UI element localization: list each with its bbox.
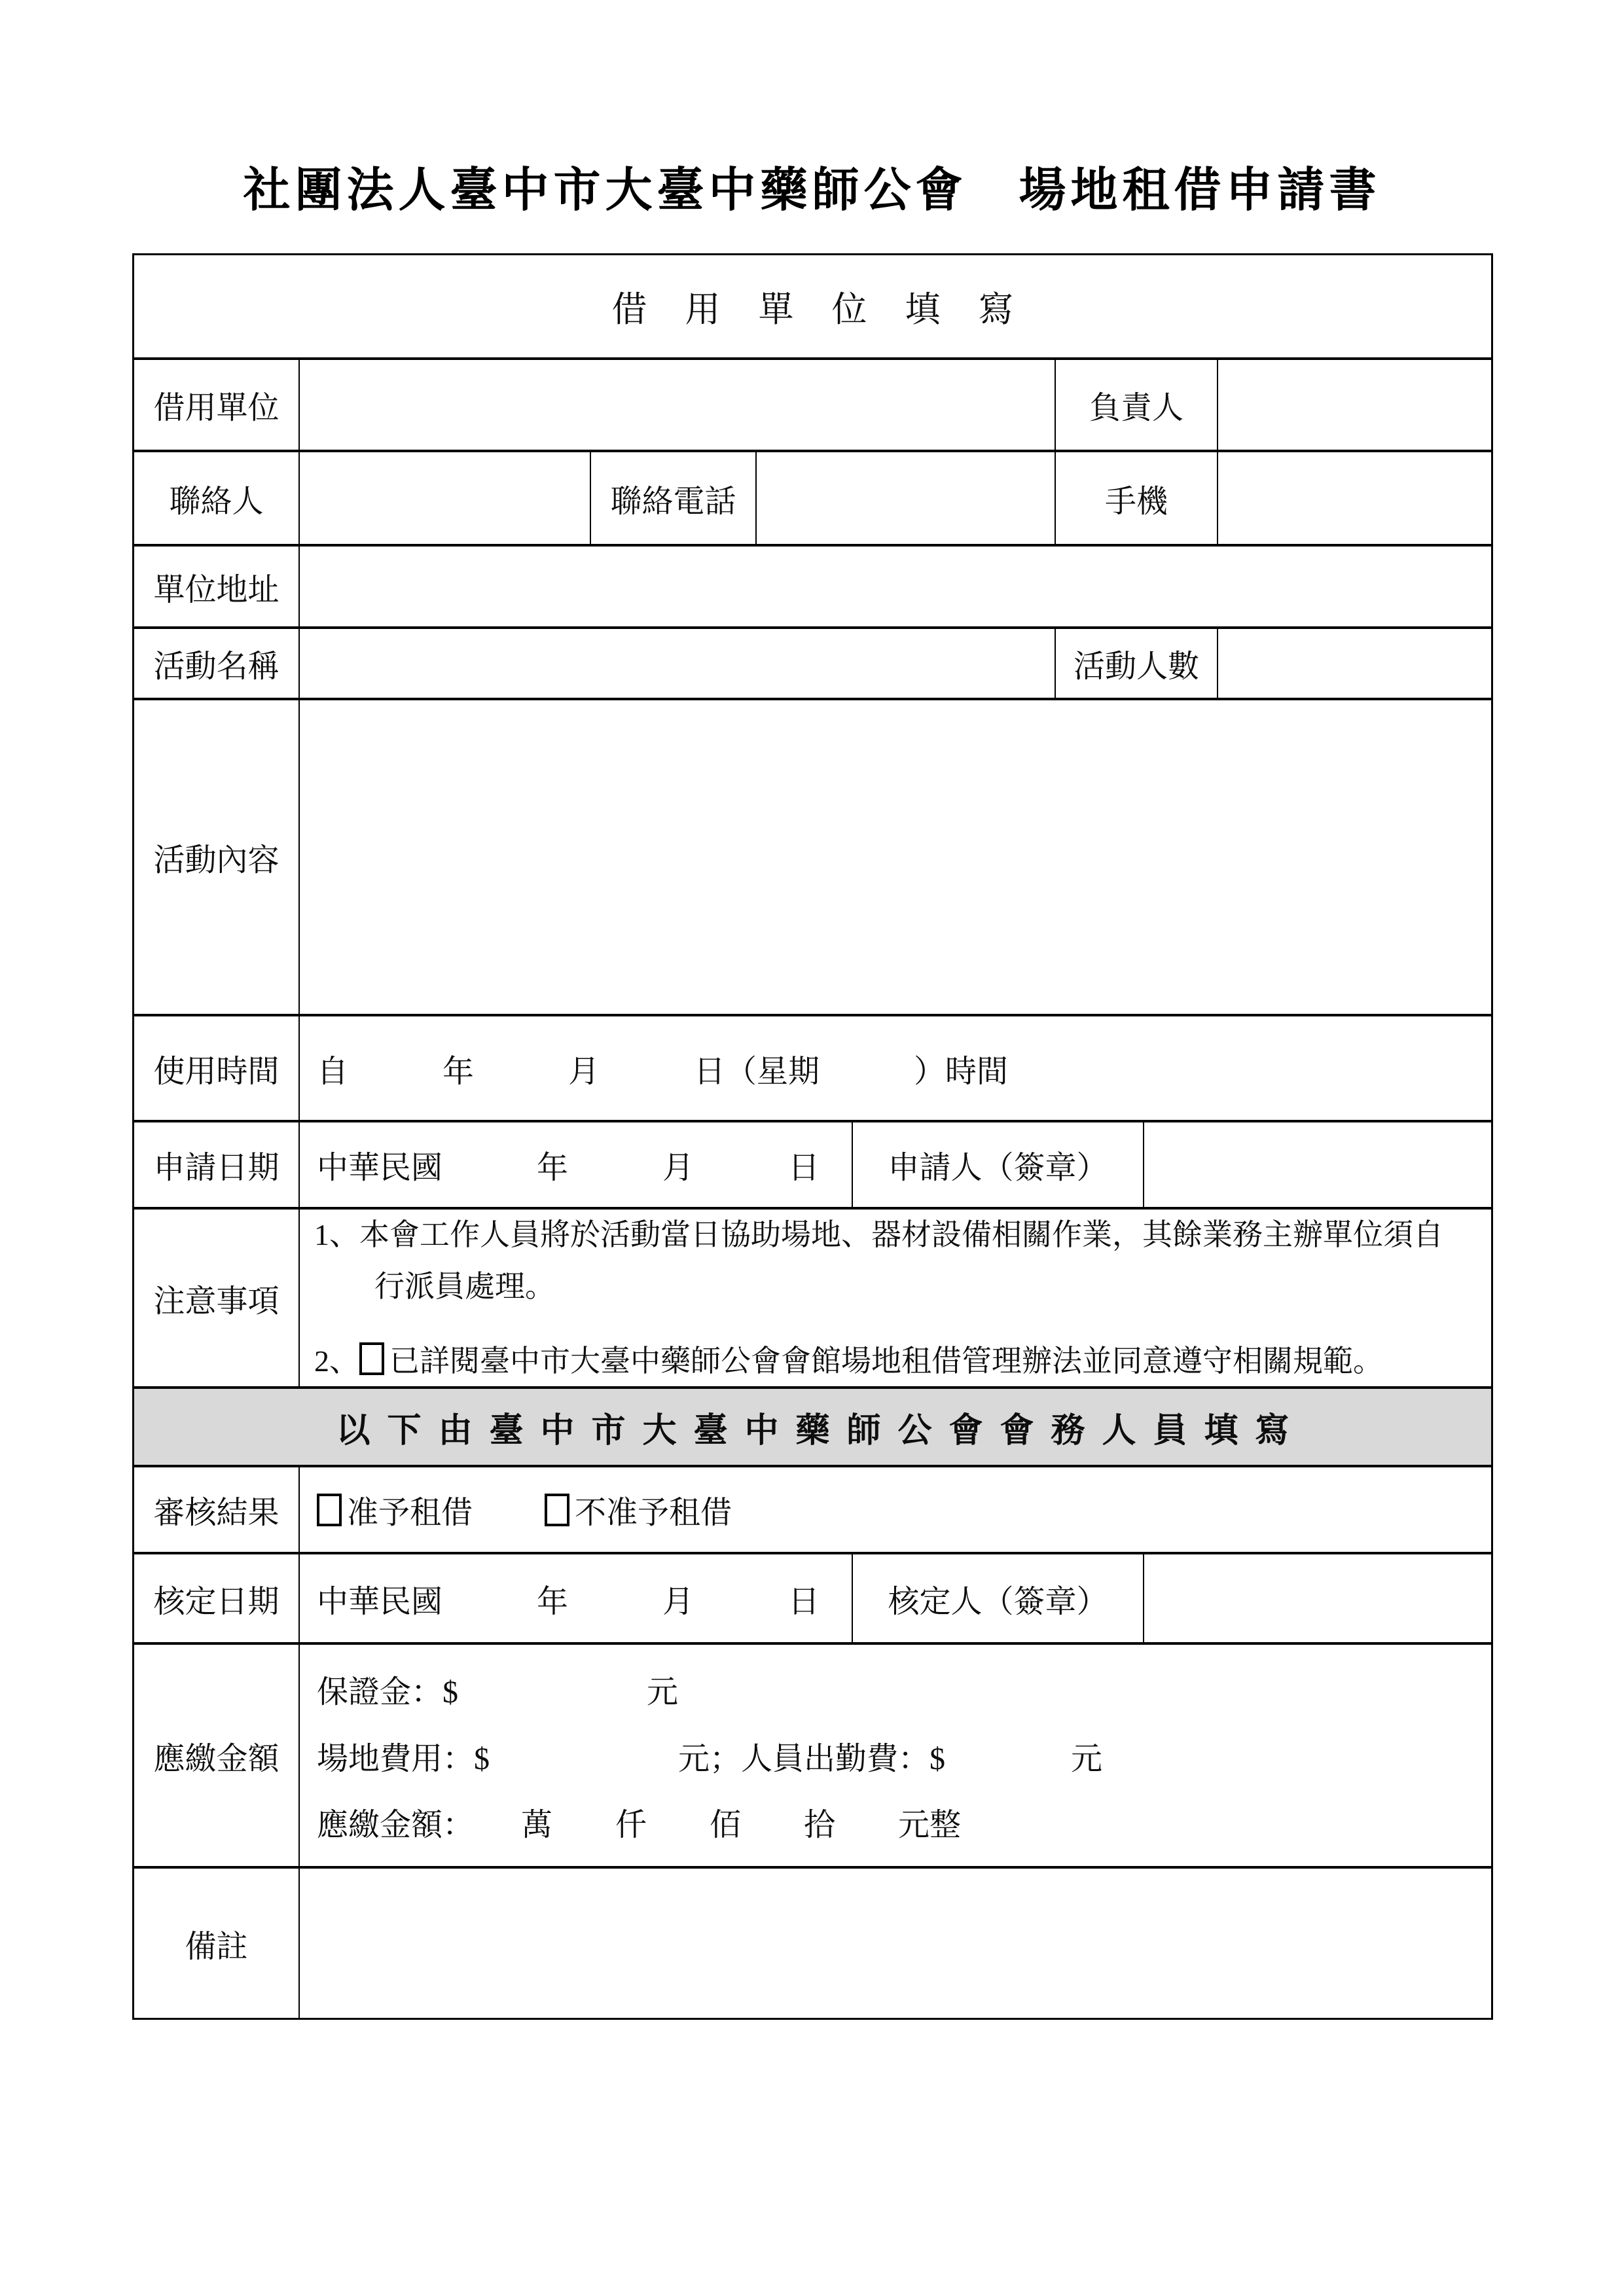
- activity-name-row: 活動名稱 活動人數: [134, 629, 1491, 700]
- approve-option-label: 准予租借: [347, 1487, 473, 1532]
- remarks-row: 備註: [134, 1869, 1491, 2018]
- rental-form-table: 借用單位填寫 借用單位 負責人 聯絡人 聯絡電話 手機 單位地址 活動名稱 活: [132, 253, 1493, 2020]
- approve-date-label: 核定日期: [134, 1554, 300, 1642]
- reject-checkbox[interactable]: [545, 1494, 569, 1526]
- review-result-options: 准予租借不准予租借: [300, 1467, 1491, 1552]
- unit-address-row: 單位地址: [134, 547, 1491, 629]
- page-title: 社團法人臺中市大臺中藥師公會 場地租借申請書: [0, 152, 1624, 220]
- contact-phone-label: 聯絡電話: [591, 452, 757, 544]
- approver-signature-area[interactable]: [1144, 1554, 1491, 1642]
- note-2-text: 已詳閱臺中市大臺中藥師公會會館場地租借管理辦法並同意遵守相關規範。: [389, 1344, 1383, 1378]
- approve-checkbox[interactable]: [317, 1494, 342, 1526]
- contact-row: 聯絡人 聯絡電話 手機: [134, 452, 1491, 547]
- payable-amount-content: 保證金：$ 元 場地費用：$ 元；人員出勤費：$ 元 應繳金額： 萬 仟 佰 拾…: [300, 1645, 1491, 1866]
- note-2-number: 2、: [314, 1344, 359, 1378]
- note-1-text: 本會工作人員將於活動當日協助場地、器材設備相關作業，其餘業務主辦單位須自行派員處…: [359, 1218, 1443, 1303]
- apply-date-label: 申請日期: [134, 1122, 300, 1207]
- unit-address-label: 單位地址: [134, 547, 300, 626]
- contact-phone-input[interactable]: [757, 452, 1056, 544]
- apply-date-input[interactable]: 中華民國 年 月 日: [300, 1122, 853, 1207]
- reject-option-label: 不准予租借: [575, 1487, 732, 1532]
- activity-name-label: 活動名稱: [134, 629, 300, 698]
- contact-person-input[interactable]: [300, 452, 591, 544]
- application-form-page: 社團法人臺中市大臺中藥師公會 場地租借申請書 借用單位填寫 借用單位 負責人 聯…: [0, 0, 1624, 2296]
- borrow-unit-row: 借用單位 負責人: [134, 360, 1491, 452]
- applicant-sign-label: 申請人（簽章）: [853, 1122, 1144, 1207]
- activity-content-row: 活動內容: [134, 700, 1491, 1016]
- note-item-1: 1、本會工作人員將於活動當日協助場地、器材設備相關作業，其餘業務主辦單位須自行派…: [314, 1210, 1471, 1313]
- person-in-charge-label: 負責人: [1056, 360, 1218, 450]
- approver-sign-label: 核定人（簽章）: [853, 1554, 1144, 1642]
- usage-time-row: 使用時間 自 年 月 日（星期 ）時間: [134, 1016, 1491, 1122]
- activity-content-input[interactable]: [300, 700, 1491, 1014]
- notes-label: 注意事項: [134, 1210, 300, 1386]
- mobile-label: 手機: [1056, 452, 1218, 544]
- note-1-number: 1、: [314, 1218, 359, 1251]
- remarks-label: 備註: [134, 1869, 300, 2018]
- borrow-unit-input[interactable]: [300, 360, 1056, 450]
- section-header-user: 借用單位填寫: [134, 255, 1491, 357]
- approve-date-input[interactable]: 中華民國 年 月 日: [300, 1554, 853, 1642]
- approve-date-row: 核定日期 中華民國 年 月 日 核定人（簽章）: [134, 1554, 1491, 1645]
- payable-amount-label: 應繳金額: [134, 1645, 300, 1866]
- usage-time-label: 使用時間: [134, 1016, 300, 1120]
- unit-address-input[interactable]: [300, 547, 1491, 626]
- remarks-area[interactable]: [300, 1869, 1491, 2018]
- venue-fee-line: 場地費用：$ 元；人員出勤費：$ 元: [317, 1733, 1102, 1778]
- rules-read-checkbox[interactable]: [359, 1342, 384, 1375]
- activity-content-label: 活動內容: [134, 700, 300, 1014]
- contact-person-label: 聯絡人: [134, 452, 300, 544]
- activity-name-input[interactable]: [300, 629, 1056, 698]
- note-item-2: 2、已詳閱臺中市大臺中藥師公會會館場地租借管理辦法並同意遵守相關規範。: [314, 1335, 1383, 1386]
- payable-amount-row: 應繳金額 保證金：$ 元 場地費用：$ 元；人員出勤費：$ 元 應繳金額： 萬 …: [134, 1645, 1491, 1869]
- applicant-signature-area[interactable]: [1144, 1122, 1491, 1207]
- total-amount-line: 應繳金額： 萬 仟 佰 拾 元整: [317, 1799, 961, 1844]
- deposit-line: 保證金：$ 元: [317, 1666, 678, 1712]
- notes-row: 注意事項 1、本會工作人員將於活動當日協助場地、器材設備相關作業，其餘業務主辦單…: [134, 1210, 1491, 1389]
- borrow-unit-label: 借用單位: [134, 360, 300, 450]
- section-header-staff-row: 以下由臺中市大臺中藥師公會會務人員填寫: [134, 1389, 1491, 1467]
- section-header-staff: 以下由臺中市大臺中藥師公會會務人員填寫: [134, 1389, 1491, 1465]
- activity-count-input[interactable]: [1218, 629, 1491, 698]
- activity-count-label: 活動人數: [1056, 629, 1218, 698]
- mobile-input[interactable]: [1218, 452, 1491, 544]
- usage-time-input[interactable]: 自 年 月 日（星期 ）時間: [300, 1016, 1491, 1120]
- notes-content: 1、本會工作人員將於活動當日協助場地、器材設備相關作業，其餘業務主辦單位須自行派…: [300, 1210, 1491, 1386]
- review-result-row: 審核結果 准予租借不准予租借: [134, 1467, 1491, 1554]
- section-header-user-row: 借用單位填寫: [134, 255, 1491, 360]
- person-in-charge-input[interactable]: [1218, 360, 1491, 450]
- apply-date-row: 申請日期 中華民國 年 月 日 申請人（簽章）: [134, 1122, 1491, 1210]
- review-result-label: 審核結果: [134, 1467, 300, 1552]
